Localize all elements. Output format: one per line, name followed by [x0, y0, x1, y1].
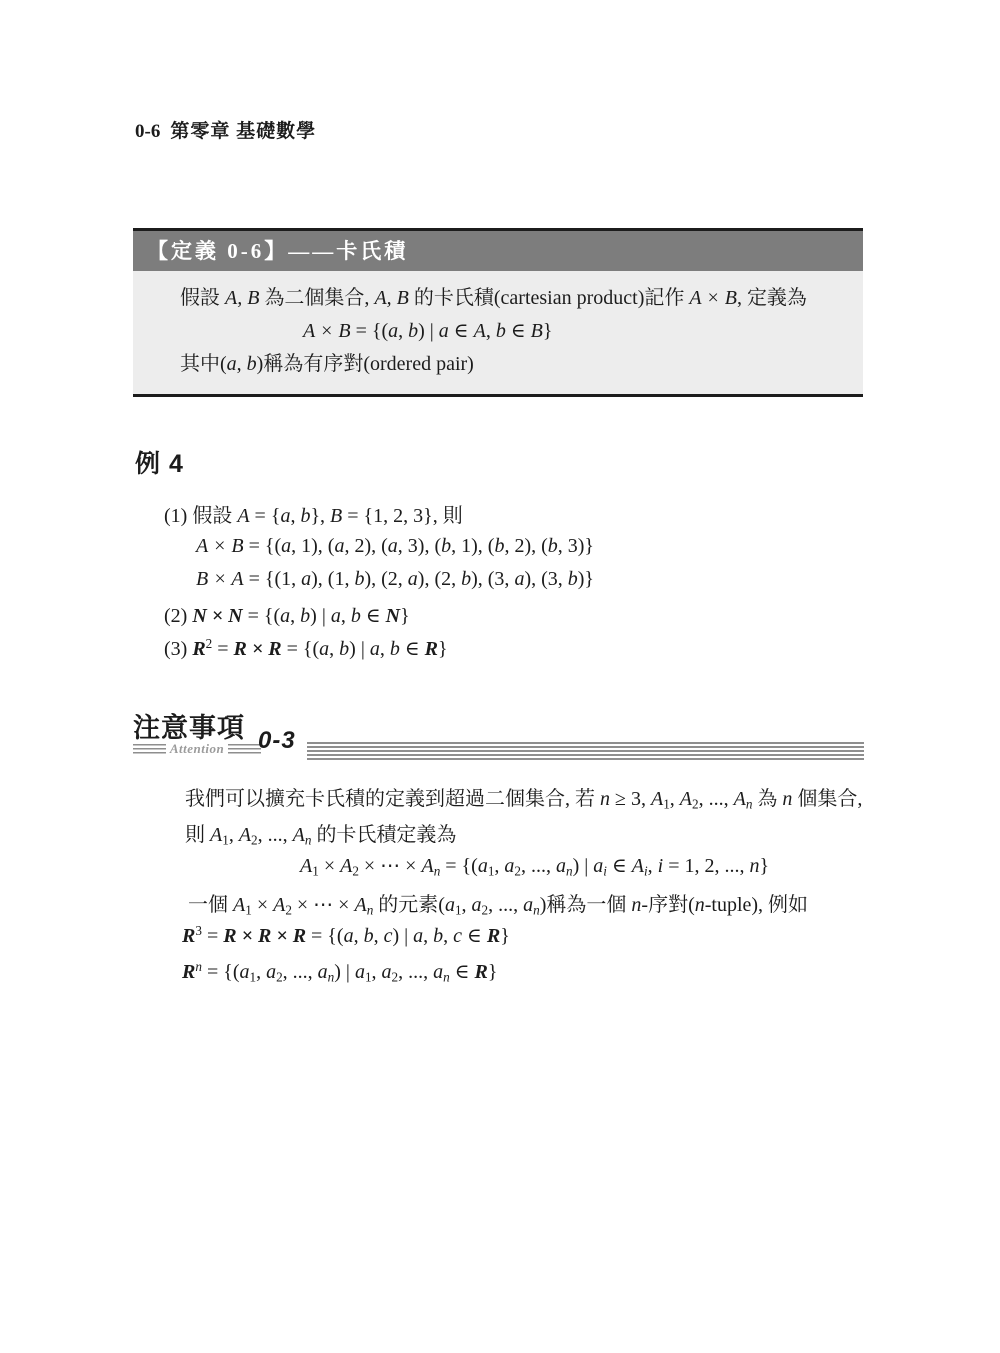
attention-formula: A1 × A2 × ⋯ × An = {(a1, a2, ..., an) | …: [300, 853, 769, 878]
attention-section-number: 0-3: [258, 727, 296, 755]
attention-paragraph-line-2: 則 A1, A2, ..., An 的卡氏積定義為: [185, 818, 456, 847]
staff-lines-left: [133, 744, 166, 754]
example-item-1: (1) 假設 A = {a, b}, B = {1, 2, 3}, 則: [164, 499, 463, 528]
running-head: 0-6第零章 基礎數學: [135, 116, 316, 143]
attention-subtitle-row: Attention: [133, 741, 261, 757]
attention-r3-line: R3 = R × R × R = {(a, b, c) | a, b, c ∈ …: [182, 923, 510, 948]
example-item-3: (3) R2 = R × R = {(a, b) | a, b ∈ R}: [164, 636, 448, 661]
example-title: 例 4: [135, 444, 184, 480]
definition-box: 【定義 0-6】——卡氏積 假設 A, B 為二個集合, A, B 的卡氏積(c…: [133, 228, 863, 397]
attention-title: 注意事項: [133, 706, 245, 745]
definition-box-body: 假設 A, B 為二個集合, A, B 的卡氏積(cartesian produ…: [133, 271, 863, 394]
definition-formula: A × B = {(a, b) | a ∈ A, b ∈ B}: [180, 315, 845, 348]
staff-lines-right: [228, 744, 261, 754]
definition-intro: 假設 A, B 為二個集合, A, B 的卡氏積(cartesian produ…: [180, 282, 845, 315]
staff-rule: [307, 742, 864, 760]
attention-tuple-line: 一個 A1 × A2 × ⋯ × An 的元素(a1, a2, ..., an)…: [188, 888, 808, 917]
definition-box-title: 【定義 0-6】——卡氏積: [133, 231, 863, 271]
page-number: 0-6: [135, 121, 160, 142]
attention-subtitle: Attention: [170, 741, 224, 757]
definition-note: 其中(a, b)稱為有序對(ordered pair): [180, 348, 845, 381]
attention-rn-line: Rn = {(a1, a2, ..., an) | a1, a2, ..., a…: [182, 959, 497, 984]
example-item-1-product-ba: B × A = {(1, a), (1, b), (2, a), (2, b),…: [196, 568, 594, 591]
example-item-2: (2) N × N = {(a, b) | a, b ∈ N}: [164, 603, 410, 628]
chapter-title: 第零章 基礎數學: [170, 121, 316, 142]
example-item-1-product-ab: A × B = {(a, 1), (a, 2), (a, 3), (b, 1),…: [196, 535, 594, 558]
attention-paragraph-line-1: 我們可以擴充卡氏積的定義到超過二個集合, 若 n ≥ 3, A1, A2, ..…: [185, 782, 862, 811]
